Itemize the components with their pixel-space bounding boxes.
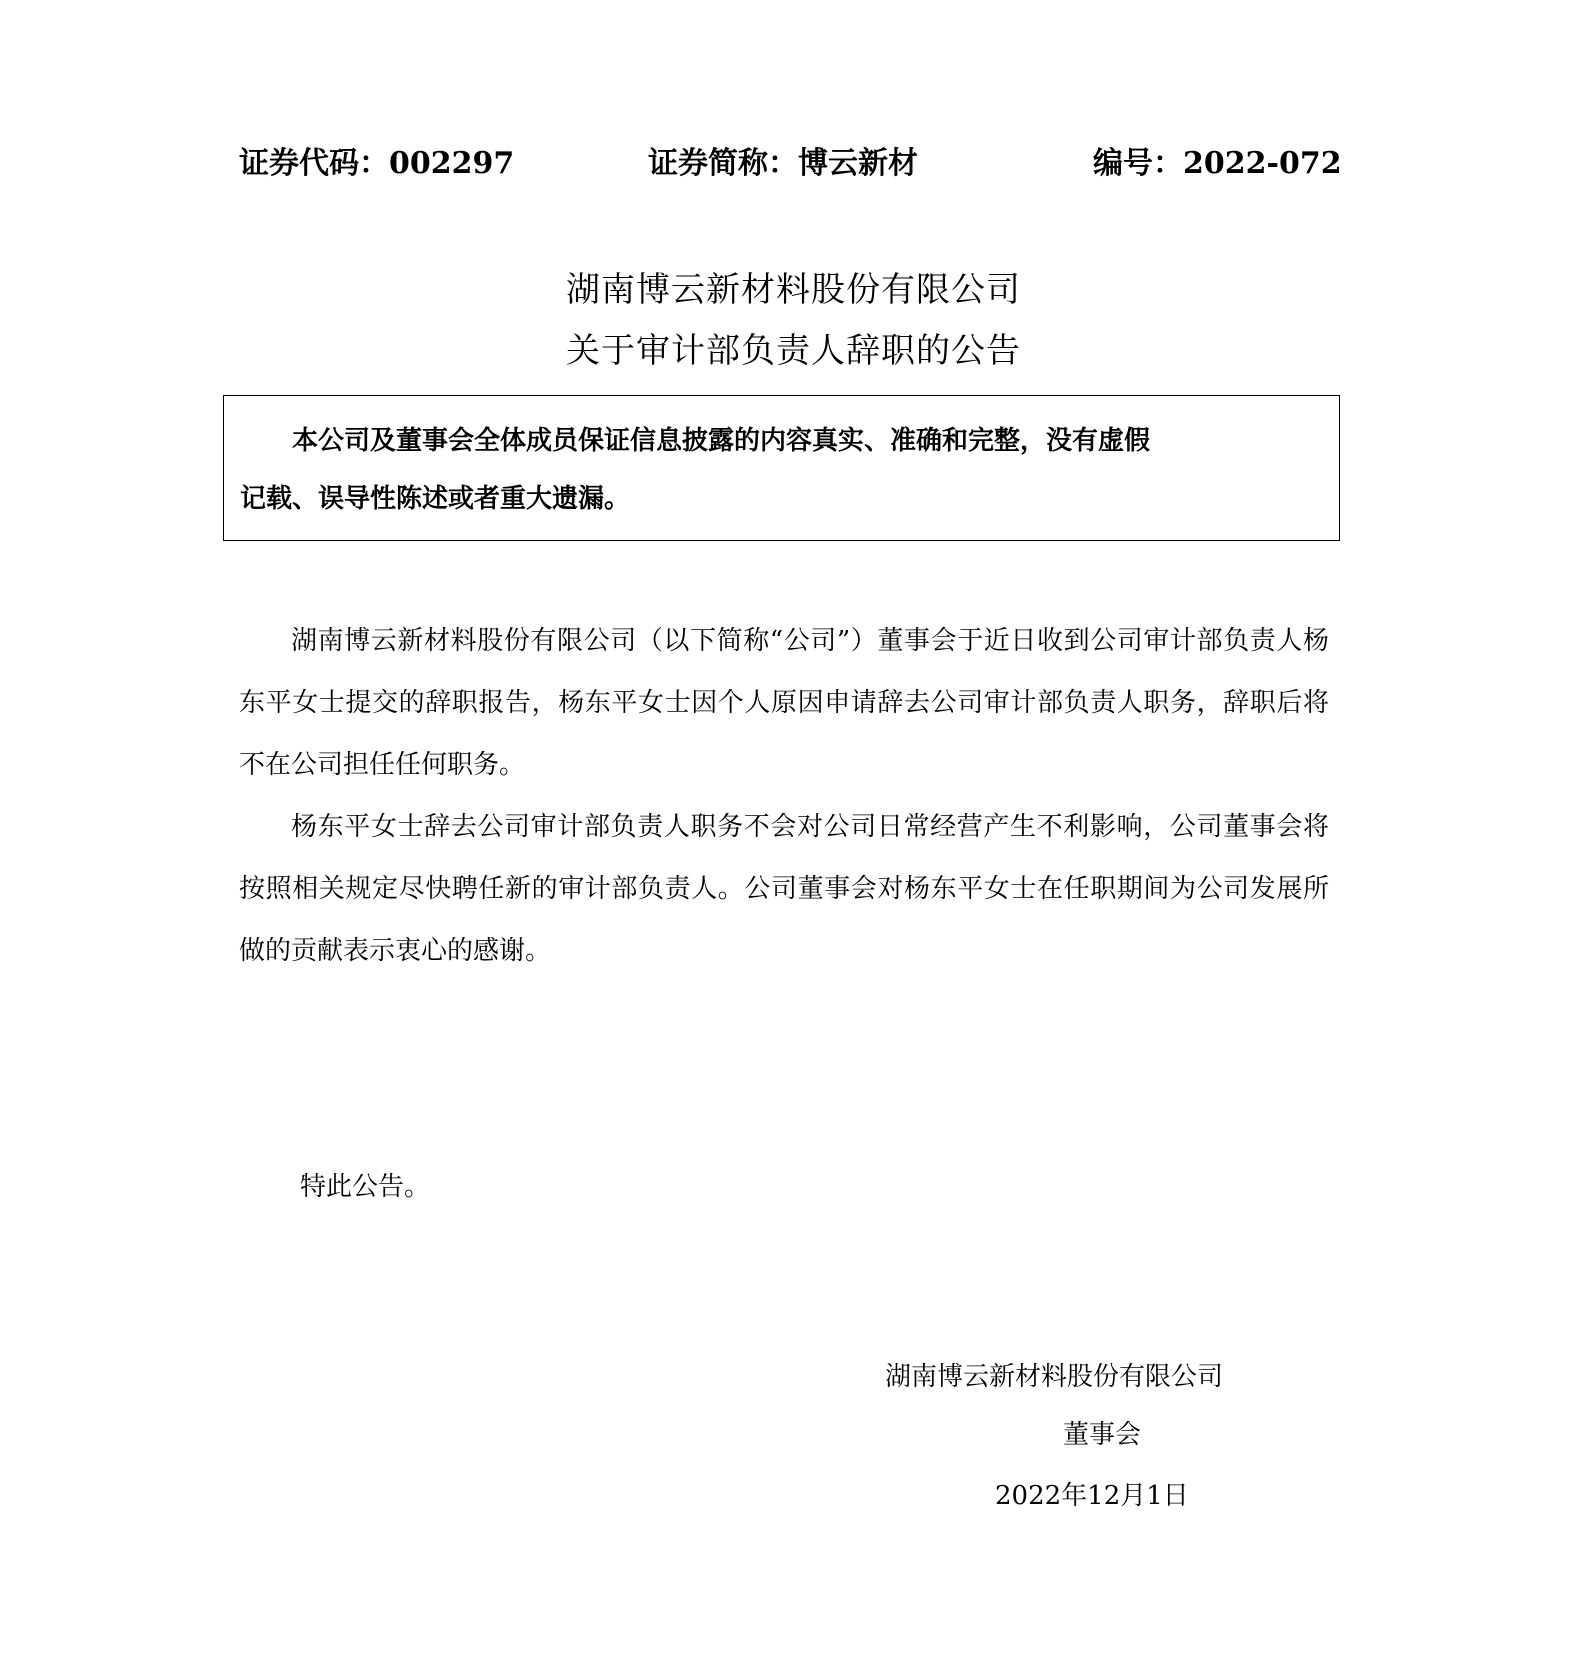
- notice-line-2: 记载、误导性陈述或者重大遗漏。: [240, 468, 1330, 530]
- number-value: 2022-072: [1183, 146, 1342, 181]
- announcement-number: 编号：2022-072: [1093, 138, 1342, 182]
- closing-statement: 特此公告。: [300, 1166, 430, 1203]
- document-header: 证券代码：002297 证券简称：博云新材 编号：2022-072: [0, 138, 1587, 182]
- stock-name-label: 证券简称：: [648, 146, 798, 181]
- stock-name: 证券简称：博云新材: [648, 138, 918, 182]
- title-company: 湖南博云新材料股份有限公司: [0, 262, 1587, 311]
- number-label: 编号：: [1093, 146, 1183, 181]
- notice-line-1: 本公司及董事会全体成员保证信息披露的内容真实、准确和完整，没有虚假: [240, 410, 1330, 472]
- signature-date: 2022年12月1日: [995, 1475, 1189, 1512]
- signature-board: 董事会: [1063, 1414, 1141, 1451]
- disclosure-notice-box: 本公司及董事会全体成员保证信息披露的内容真实、准确和完整，没有虚假 记载、误导性…: [223, 395, 1340, 541]
- signature-company: 湖南博云新材料股份有限公司: [885, 1356, 1223, 1393]
- stock-name-value: 博云新材: [798, 146, 918, 181]
- body-paragraph-2: 杨东平女士辞去公司审计部负责人职务不会对公司日常经营产生不利影响，公司董事会将按…: [239, 796, 1329, 982]
- stock-code-label: 证券代码：: [239, 146, 389, 181]
- stock-code-value: 002297: [389, 146, 514, 181]
- title-subject: 关于审计部负责人辞职的公告: [0, 323, 1587, 372]
- body-paragraph-1: 湖南博云新材料股份有限公司（以下简称“公司”）董事会于近日收到公司审计部负责人杨…: [239, 610, 1329, 796]
- body-content: 湖南博云新材料股份有限公司（以下简称“公司”）董事会于近日收到公司审计部负责人杨…: [239, 610, 1329, 982]
- stock-code: 证券代码：002297: [239, 138, 514, 182]
